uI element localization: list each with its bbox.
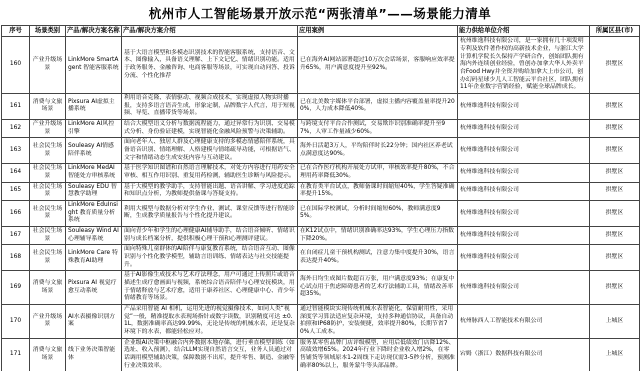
column-header-name: 产品/解决方案名称: [66, 26, 122, 37]
table-header-row: 序号场景类别产品/解决方案名称产品/解决方案介绍应用案例能力供给单位介绍所属区县…: [2, 26, 640, 37]
cell-district: 拱墅区: [590, 271, 640, 305]
cell-name: 线下业务决策智能体: [66, 338, 122, 371]
cell-no: 160: [2, 37, 30, 94]
cell-district: 拱墅区: [590, 93, 640, 119]
cell-provider: 杭州维逸科技有限公司: [458, 93, 590, 119]
cell-district: 拱墅区: [590, 138, 640, 164]
cell-name: LinkMore EduInsight 教育质量分析系统: [66, 200, 122, 226]
cell-provider: 杭州维逸科技有限公司，是一家拥有几十项发明专利及软件著作权的高新技术企业，与浙江…: [458, 37, 590, 94]
cell-provider: 杭州维逸科技有限公司: [458, 245, 590, 271]
cell-case: 已在国际学校测试，分析时间缩短60%，教师满意度95%。: [298, 200, 458, 226]
cell-name: LinkMore AI风控引擎: [66, 119, 122, 137]
table-row: 167社会民生场景Souleasy Wind AI 心理辅导系统面向青少年和学生…: [2, 226, 640, 244]
column-header-provider: 能力供给单位介绍: [458, 26, 590, 37]
cell-category: 产业升级场景: [30, 305, 66, 339]
cell-category: 社会民生场景: [30, 164, 66, 182]
table-row: 166社会民生场景LinkMore EduInsight 教育质量分析系统利用大…: [2, 200, 640, 226]
cell-intro: 基于AI影像生成技术与艺术疗法理念，用户可通过上传照片或语音描述生成疗愈画面与视…: [122, 271, 298, 305]
cell-no: 165: [2, 182, 30, 200]
cell-provider: 杭州维逸科技有限公司: [458, 271, 590, 305]
cell-no: 170: [2, 305, 30, 339]
cell-case: 已在合作医疗机构开展处方试审，审核效率提升80%，不合理用药率降低30%。: [298, 164, 458, 182]
cell-name: LinkMore MedAI 智能处方审核系统: [66, 164, 122, 182]
table-row: 171消费与文旅场景线下业务决策智能体企业级AI决策中枢融合内外数据本地存储，进…: [2, 338, 640, 371]
cell-category: 社会民生场景: [30, 226, 66, 244]
cell-no: 171: [2, 338, 30, 371]
cell-no: 168: [2, 245, 30, 271]
page-title: 杭州市人工智能场景开放示范“两张清单”——场景能力清单: [0, 4, 640, 22]
cell-intro: 面向青少年和学生的心理健康AI辅导助手，结合语音倾听、情绪识别与成长档案分析，提…: [122, 226, 298, 244]
cell-district: 拱墅区: [590, 182, 640, 200]
column-header-case: 应用案例: [298, 26, 458, 37]
cell-district: 拱墅区: [590, 245, 640, 271]
column-header-no: 序号: [2, 26, 30, 37]
cell-case: 服务某零售品牌门店评级模型，应用后低绩效门店降12%、高绩效增65%。2024年…: [298, 338, 458, 371]
cell-intro: 企业级AI决策中枢融合内外数据本地存储，进行垂直模型训练（如选址、收入预测），结…: [122, 338, 298, 371]
cell-name: Souleasy Wind AI 心理辅导系统: [66, 226, 122, 244]
cell-case: 海外日活超3万人，平均陪伴时长22分钟；国内社区养老试点满意度达90%。: [298, 138, 458, 164]
cell-category: 消费与文旅场景: [30, 271, 66, 305]
cell-intro: 面向老年人、独居人群及心理健康支持的多模态情感陪伴系统，具备语音识别、情绪理解、…: [122, 138, 298, 164]
cell-case: 与跨境支付平台合作测试，交易欺诈识别准确率提升至97%，人审工作量减少60%。: [298, 119, 458, 137]
cell-no: 163: [2, 138, 30, 164]
cell-provider: 宕姆（浙江）数据科技有限公司: [458, 338, 590, 371]
table-row: 160产业升级场景LinkMore SmartAgent 智能客服系统基于大语言…: [2, 37, 640, 94]
cell-no: 166: [2, 200, 30, 226]
table-row: 165社会民生场景Souleasy EDU 智慧教学助理基于大模型的教学助手，支…: [2, 182, 640, 200]
cell-intro: 面向特殊儿童群体的AI陪伴与康复教育系统，结合语音互动、图像识别与个性化教学模型…: [122, 245, 298, 271]
column-header-district: 所属区县(市): [590, 26, 640, 37]
cell-no: 164: [2, 164, 30, 182]
cell-category: 社会民生场景: [30, 200, 66, 226]
cell-category: 消费与文旅场景: [30, 338, 66, 371]
cell-category: 消费与文旅场景: [30, 93, 66, 119]
cell-district: 上城区: [590, 338, 640, 371]
table-row: 169消费与文旅场景Pixsura AI 视觉疗愈互动系统基于AI影像生成技术与…: [2, 271, 640, 305]
cell-provider: 杭州维逸科技有限公司: [458, 138, 590, 164]
cell-intro: 利用大模型与数据分析对学生作业、测试、课堂反馈等进行智能诊断，生成教学质量报告与…: [122, 200, 298, 226]
cell-no: 167: [2, 226, 30, 244]
cell-category: 社会民生场景: [30, 138, 66, 164]
column-header-category: 场景类别: [30, 26, 66, 37]
cell-case: 海外日均生成图片数超百万张，用户满意度93%；在康复中心试点用于焦虑障碍患者的艺…: [298, 271, 458, 305]
cell-provider: 杭州维逸科技有限公司: [458, 164, 590, 182]
table-row: 162产业升级场景LinkMore AI风控引擎结合大模型语义分析与数据流程能力…: [2, 119, 640, 137]
cell-district: 拱墅区: [590, 164, 640, 182]
cell-category: 产业升级场景: [30, 119, 66, 137]
cell-provider: 杭州维逸科技有限公司: [458, 182, 590, 200]
cell-district: 上城区: [590, 305, 640, 339]
cell-district: 拱墅区: [590, 226, 640, 244]
table-row: 164社会民生场景LinkMore MedAI 智能处方审核系统基于医学知识图谱…: [2, 164, 640, 182]
cell-name: AI水表摄像识别方案: [66, 305, 122, 339]
cell-no: 161: [2, 93, 30, 119]
table-row: 163社会民生场景Souleasy AI情感陪伴系统面向老年人、独居人群及心理健…: [2, 138, 640, 164]
cell-intro: 基于大语言模型和多模态识别技术的智能客服系统，支持语音、文本、图像输入，具备语义…: [122, 37, 298, 94]
cell-intro: 利用语音克隆、表情驱动、视频合成技术，实现虚拟人物实时播报，支持多语言语音生成，…: [122, 93, 298, 119]
cell-case: 已在北美数字媒体平台部署，虚拟主播内容覆盖量率提升200%，人力成本降低40%。: [298, 93, 458, 119]
table-row: 168社会民生场景LinkMore Care 特殊教育AI助理面向特殊儿童群体的…: [2, 245, 640, 271]
cell-intro: 基于医学知识图谱和自然语言理解技术，对处方内容进行用药安全审核、相互作用识别、重…: [122, 164, 298, 182]
column-header-intro: 产品/解决方案介绍: [122, 26, 298, 37]
cell-intro: 基于大模型的教学助手，支持智能出题、语音讲解、学习进度追踪和知识点分析，为教师提…: [122, 182, 298, 200]
cell-category: 社会民生场景: [30, 245, 66, 271]
cell-case: 通过智能模块实现传统机械水表智能化，保留耐用性，采用深度学习算法适应复杂环境，支…: [298, 305, 458, 339]
cell-name: Souleasy AI情感陪伴系统: [66, 138, 122, 164]
table-body: 160产业升级场景LinkMore SmartAgent 智能客服系统基于大语言…: [2, 37, 640, 371]
cell-case: 在自闭症儿童干预机构测试，注意力集中度提升30%，语言表达提升40%。: [298, 245, 458, 271]
cell-intro: 产品采用智能 AI 相机，运用先进的视觉摄像技术，如同人类“视觉”一般，精准提取…: [122, 305, 298, 339]
cell-provider: 杭州维逸科技有限公司: [458, 200, 590, 226]
cell-category: 社会民生场景: [30, 182, 66, 200]
page: 杭州市人工智能场景开放示范“两张清单”——场景能力清单 序号场景类别产品/解决方…: [0, 4, 640, 371]
table-row: 170产业升级场景AI水表摄像识别方案产品采用智能 AI 相机，运用先进的视觉摄…: [2, 305, 640, 339]
cell-case: 已在海外AI网站部署超过10万次会话场景，客服响应效率提升65%，用户满意度提升…: [298, 37, 458, 94]
cell-name: LinkMore SmartAgent 智能客服系统: [66, 37, 122, 94]
cell-no: 169: [2, 271, 30, 305]
capability-table: 序号场景类别产品/解决方案名称产品/解决方案介绍应用案例能力供给单位介绍所属区县…: [1, 25, 640, 371]
cell-name: LinkMore Care 特殊教育AI助理: [66, 245, 122, 271]
cell-case: 在教育类平台试点，教师备课时间缩短40%，学生答疑准确率提升15%。: [298, 182, 458, 200]
cell-district: 拱墅区: [590, 200, 640, 226]
cell-case: 在K12试点中，情绪识别准确率达93%，学生心理压力指数下降20%。: [298, 226, 458, 244]
cell-district: 拱墅区: [590, 37, 640, 94]
cell-name: Pixsura AI虚拟主播系统: [66, 93, 122, 119]
cell-no: 162: [2, 119, 30, 137]
cell-provider: 杭州脉西人工智能技术有限公司: [458, 305, 590, 339]
cell-name: Souleasy EDU 智慧教学助理: [66, 182, 122, 200]
cell-provider: 杭州维逸科技有限公司: [458, 226, 590, 244]
cell-district: 拱墅区: [590, 119, 640, 137]
cell-intro: 结合大模型语义分析与数据流程能力，通过异常行为识别、交易模式分析、身份验证建模，…: [122, 119, 298, 137]
cell-category: 产业升级场景: [30, 37, 66, 94]
cell-provider: 杭州维逸科技有限公司: [458, 119, 590, 137]
cell-name: Pixsura AI 视觉疗愈互动系统: [66, 271, 122, 305]
table-row: 161消费与文旅场景Pixsura AI虚拟主播系统利用语音克隆、表情驱动、视频…: [2, 93, 640, 119]
